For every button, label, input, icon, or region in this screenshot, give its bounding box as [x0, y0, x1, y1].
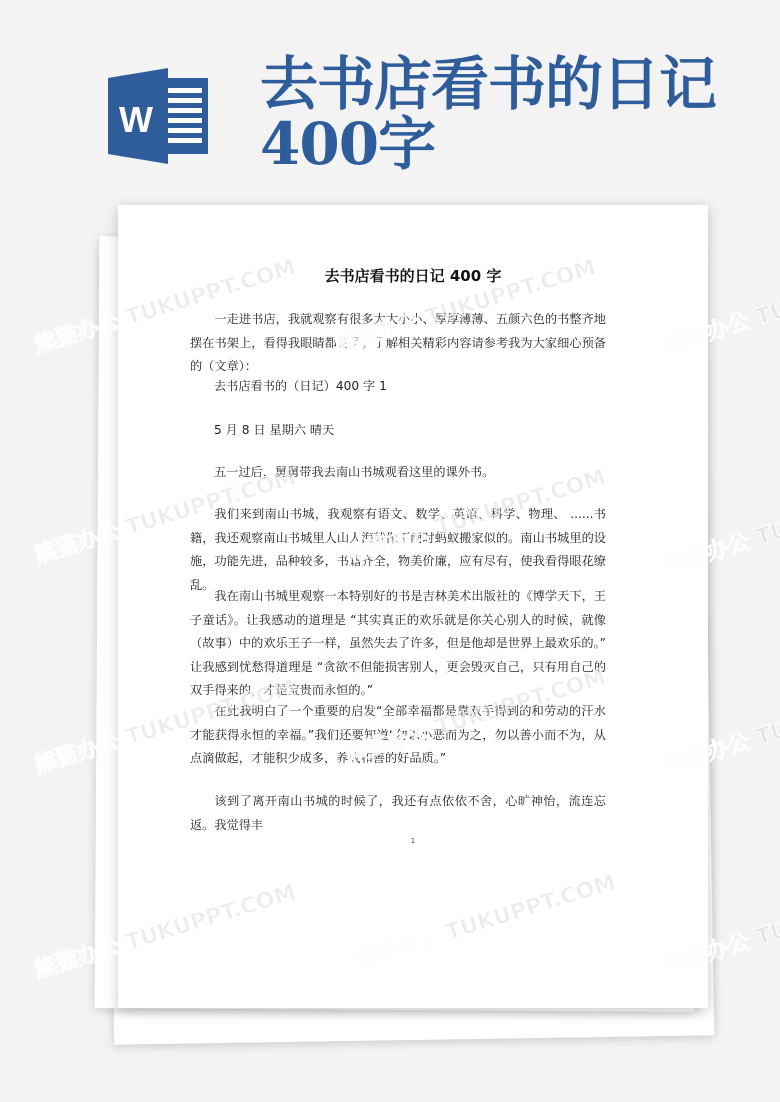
paragraph: 5 月 8 日 星期六 晴天 — [190, 419, 606, 443]
hero-title-line2: 400字 — [260, 114, 716, 174]
paragraph-text: 我们来到南山书城，我观察有语文、数学、英语、科学、物理、 ......书籍，我还… — [190, 503, 606, 597]
paragraph: 一走进书店，我就观察有很多大大小小、厚厚薄薄、五颜六色的书整齐地摆在书架上，看得… — [190, 308, 606, 379]
paragraph: 在此我明白了一个重要的启发“全部幸福都是靠双手得到的和劳动的汗水才能获得永恒的幸… — [190, 700, 606, 771]
paragraph: 该到了离开南山书城的时候了，我还有点依依不舍，心旷神怡，流连忘返。我觉得丰 — [190, 790, 606, 837]
paragraph: 我们来到南山书城，我观察有语文、数学、英语、科学、物理、 ......书籍，我还… — [190, 503, 606, 597]
paragraph-text: 一走进书店，我就观察有很多大大小小、厚厚薄薄、五颜六色的书整齐地摆在书架上，看得… — [190, 308, 606, 379]
hero-title: 去书店看书的日记 400字 — [260, 54, 716, 174]
paragraph-text: 该到了离开南山书城的时候了，我还有点依依不舍，心旷神怡，流连忘返。我觉得丰 — [190, 790, 606, 837]
paragraph-text: 去书店看书的（日记）400 字 1 — [190, 375, 606, 399]
paragraph-text: 5 月 8 日 星期六 晴天 — [190, 419, 606, 443]
word-document-icon: W — [108, 68, 208, 164]
paragraph-text: 我在南山书城里观察一本特别好的书是吉林美术出版社的《博学天下，王子童话》。让我感… — [190, 585, 606, 703]
paragraph-text: 五一过后，舅舅带我去南山书城观看这里的课外书。 — [190, 461, 606, 485]
svg-text:W: W — [119, 99, 153, 140]
hero-title-line1: 去书店看书的日记 — [260, 50, 716, 118]
paragraph: 五一过后，舅舅带我去南山书城观看这里的课外书。 — [190, 461, 606, 485]
paragraph: 我在南山书城里观察一本特别好的书是吉林美术出版社的《博学天下，王子童话》。让我感… — [190, 585, 606, 703]
document-title: 去书店看书的日记 400 字 — [118, 265, 708, 286]
paragraph: 去书店看书的（日记）400 字 1 — [190, 375, 606, 399]
page-number: 1 — [118, 837, 708, 845]
paragraph-text: 在此我明白了一个重要的启发“全部幸福都是靠双手得到的和劳动的汗水才能获得永恒的幸… — [190, 700, 606, 771]
document-page: 去书店看书的日记 400 字 一走进书店，我就观察有很多大大小小、厚厚薄薄、五颜… — [118, 205, 708, 1008]
